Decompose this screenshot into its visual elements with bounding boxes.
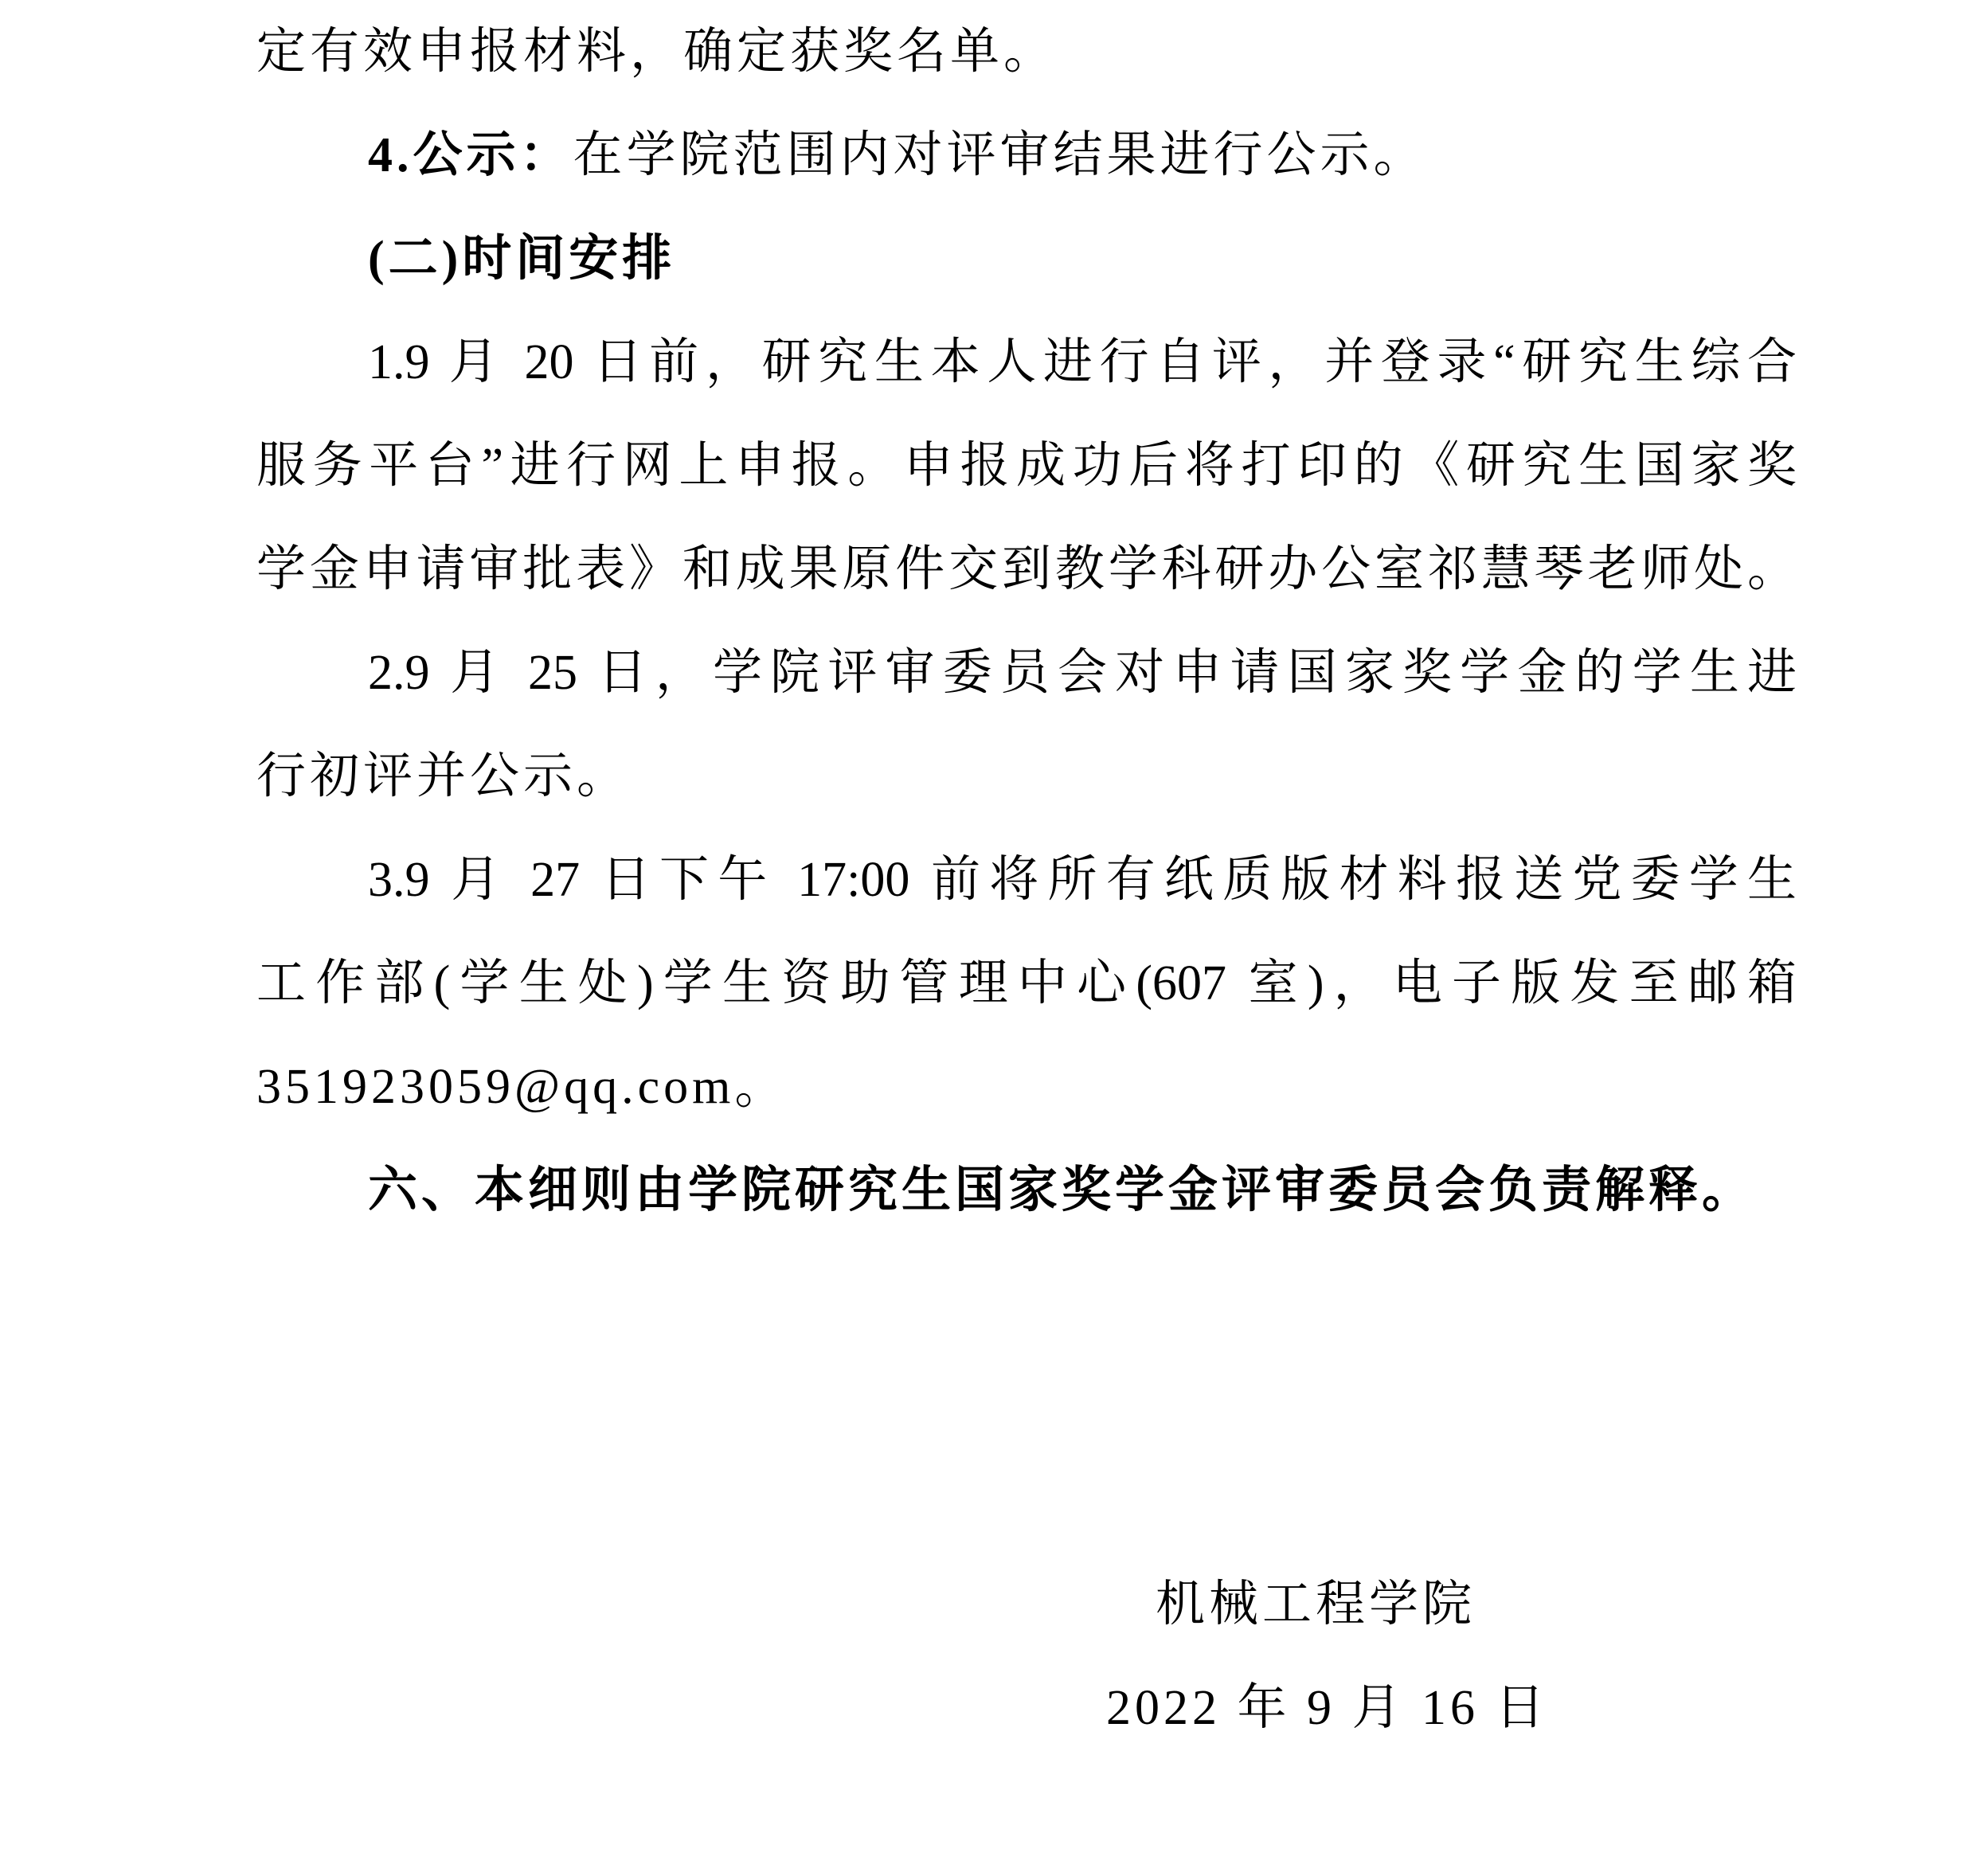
text-line: 定有效申报材料，确定获奖名单。 — [256, 0, 1797, 104]
text-line: 1.9 月 20 日前，研究生本人进行自评，并登录“研究生综合 — [256, 311, 1797, 414]
text-segment-bold: 六、本细则由学院研究生国家奖学金评审委员会负责解释。 — [368, 1163, 1755, 1217]
text-segment: 2.9 月 25 日，学院评审委员会对申请国家奖学金的学生进 — [368, 646, 1797, 700]
text-line: 3.9 月 27 日下午 17:00 前将所有纸质版材料报送党委学生 — [256, 828, 1797, 932]
text-segment: 学金申请审批表》和成果原件交到教学科研办公室祁慧琴老师处。 — [256, 542, 1797, 596]
document-page: 定有效申报材料，确定获奖名单。4.公示：在学院范围内对评审结果进行公示。(二)时… — [0, 0, 1975, 1876]
text-segment: 服务平台”进行网上申报。申报成功后将打印的《研究生国家奖 — [256, 439, 1797, 493]
text-segment: 行初评并公示。 — [256, 749, 630, 803]
text-segment: 在学院范围内对评审结果进行公示。 — [573, 128, 1427, 182]
signature-organization: 机械工程学院 — [1156, 1553, 1476, 1656]
text-line: 4.公示：在学院范围内对评审结果进行公示。 — [256, 104, 1797, 207]
text-segment: 1.9 月 20 日前，研究生本人进行自评，并登录“研究生综合 — [368, 335, 1797, 389]
text-segment-bold: 4.公示： — [368, 128, 573, 182]
text-segment: 3.9 月 27 日下午 17:00 前将所有纸质版材料报送党委学生 — [368, 853, 1797, 907]
text-line: 学金申请审批表》和成果原件交到教学科研办公室祁慧琴老师处。 — [256, 518, 1797, 621]
text-line: (二)时间安排 — [256, 207, 1797, 311]
text-line: 六、本细则由学院研究生国家奖学金评审委员会负责解释。 — [256, 1139, 1797, 1242]
text-segment: 工作部(学生处)学生资助管理中心(607 室)，电子版发至邮箱 — [256, 956, 1797, 1010]
text-line: 2.9 月 25 日，学院评审委员会对申请国家奖学金的学生进 — [256, 621, 1797, 725]
text-segment: 定有效申报材料，确定获奖名单。 — [256, 25, 1057, 79]
text-segment: 351923059@qq.com。 — [256, 1060, 788, 1114]
text-segment-bold: (二)时间安排 — [368, 232, 675, 286]
text-line: 行初评并公示。 — [256, 725, 1797, 828]
text-line: 351923059@qq.com。 — [256, 1035, 1797, 1139]
document-body: 定有效申报材料，确定获奖名单。4.公示：在学院范围内对评审结果进行公示。(二)时… — [256, 0, 1797, 1242]
text-line: 服务平台”进行网上申报。申报成功后将打印的《研究生国家奖 — [256, 414, 1797, 518]
signature-date: 2022 年 9 月 16 日 — [1106, 1656, 1549, 1760]
text-line: 工作部(学生处)学生资助管理中心(607 室)，电子版发至邮箱 — [256, 932, 1797, 1035]
